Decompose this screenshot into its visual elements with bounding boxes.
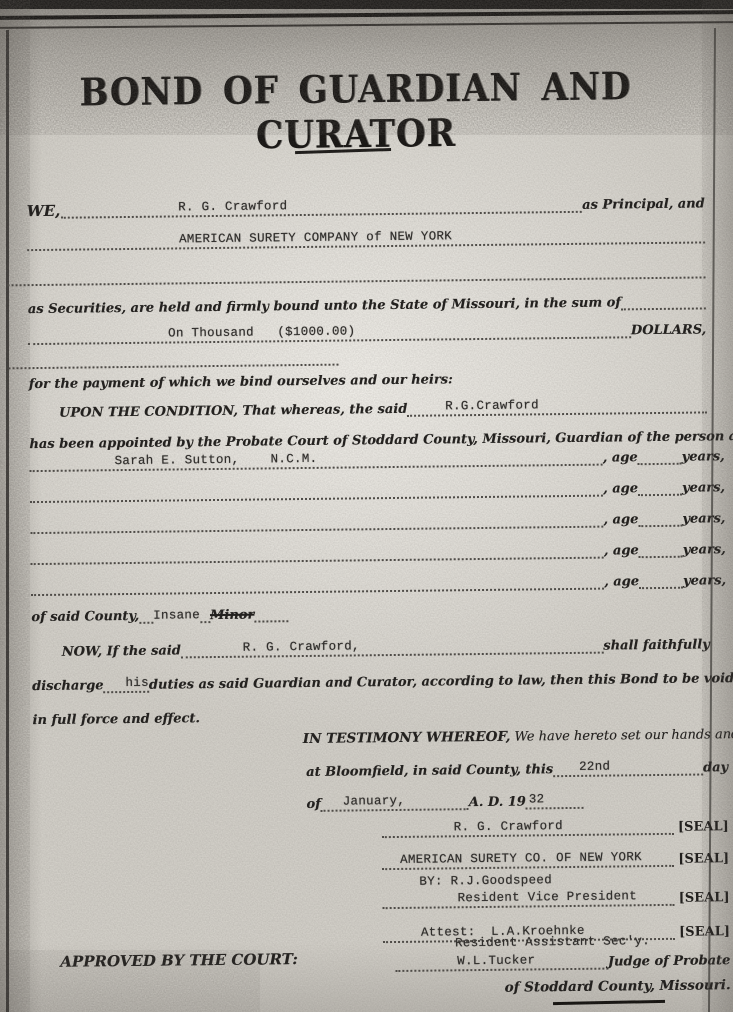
years-label: years,	[682, 480, 725, 495]
ward-row: , age years,	[30, 506, 725, 534]
seal-label: [SEAL]	[678, 851, 729, 867]
principal-name-entry: R. G. Crawford	[178, 199, 287, 215]
ward-row: , age years,	[30, 475, 725, 503]
ward-name-dots	[30, 495, 603, 504]
shall-faithfully-label: shall faithfully	[603, 637, 710, 653]
securities-clause-text: as Securities, are held and firmly bound…	[28, 295, 621, 317]
principal-dotted-line: R. G. Crawford	[60, 196, 582, 219]
force-line: in full force and effect.	[32, 704, 432, 729]
month-entry: January,	[343, 794, 406, 810]
county-dots-2	[200, 621, 210, 623]
now-name-entry: R. G. Crawford,	[243, 639, 360, 655]
approved-line: APPROVED BY THE COURT:	[60, 946, 360, 969]
insane-entry: Insane	[153, 608, 200, 624]
years-label: years,	[682, 449, 725, 464]
seal-label: [SEAL]	[678, 819, 729, 835]
judge-dots: W.L.Tucker	[395, 953, 608, 972]
ward-name-dots: Sarah E. Sutton, N.C.M.	[29, 449, 602, 473]
place-label: at Bloomfield, in said County, this	[306, 762, 553, 780]
age-dots	[638, 463, 682, 465]
discharge-line: discharge his duties as said Guardian an…	[32, 666, 727, 694]
ward-row: , age years,	[31, 568, 726, 596]
county-line: of said County, Insane Minor	[31, 602, 311, 625]
payment-clause-line: for the payment of which we bind ourselv…	[29, 364, 707, 392]
empty-securities-line	[7, 258, 705, 286]
approved-text: APPROVED BY THE COURT:	[60, 952, 298, 970]
testimony-line: IN TESTIMONY WHEREOF, We have hereto set…	[303, 722, 728, 747]
vp-signature-line: Resident Vice President [SEAL]	[382, 885, 729, 909]
age-dots	[638, 494, 682, 496]
amount-dotted-line: On Thousand ($1000.00)	[28, 321, 631, 345]
empty-dotted-line	[8, 276, 706, 286]
principal-signature-line: R. G. Crawford [SEAL]	[382, 814, 729, 838]
county-label: of said County,	[31, 609, 139, 625]
surety-signature-line: AMERICAN SURETY CO. OF NEW YORK [SEAL]	[382, 846, 729, 870]
age-label: , age	[604, 574, 639, 589]
vp-signature-dots: Resident Vice President	[382, 889, 674, 909]
his-entry: his	[125, 676, 149, 691]
ward-name-dots	[31, 588, 604, 597]
judge-of-probate-label: Judge of Probate	[608, 953, 731, 969]
surety-dotted-line: AMERICAN SURETY COMPANY of NEW YORK	[27, 226, 705, 251]
amount-entry: On Thousand ($1000.00)	[168, 324, 355, 341]
testimony-label: IN TESTIMONY WHEREOF,	[303, 730, 511, 747]
year-dots: 32	[526, 792, 584, 810]
page-title: BOND OF GUARDIAN AND CURATOR	[0, 64, 716, 162]
surety-name-entry: AMERICAN SURETY COMPANY of NEW YORK	[179, 229, 452, 247]
ward-name-dots	[30, 526, 603, 535]
age-label: , age	[604, 543, 639, 558]
sum-dotted-line	[621, 307, 706, 310]
as-principal-label: as Principal, and	[582, 196, 705, 212]
amount-continuation-line	[8, 346, 338, 370]
county-dots-1	[139, 622, 153, 624]
discharge-dots: his	[103, 676, 149, 694]
county-dots-3	[254, 620, 288, 622]
judge-entry: W.L.Tucker	[457, 953, 535, 969]
principal-signature-dots: R. G. Crawford	[382, 818, 674, 838]
of-label: of	[306, 797, 320, 812]
day-label: day	[703, 760, 728, 775]
ward-name-entry: Sarah E. Sutton, N.C.M.	[114, 452, 317, 469]
surety-line: AMERICAN SURETY COMPANY of NEW YORK	[27, 223, 705, 251]
judge-line: W.L.Tucker Judge of Probate	[395, 948, 730, 972]
principal-signature-entry: R. G. Crawford	[454, 819, 563, 835]
year-entry: 32	[529, 792, 545, 807]
stoddard-county-label: of Stoddard County, Missouri.	[504, 978, 730, 996]
age-label: , age	[603, 481, 638, 496]
condition-label: UPON THE CONDITION, That whereas, the sa…	[59, 402, 407, 421]
month-dots: January,	[321, 793, 469, 812]
judge-sub-line: of Stoddard County, Missouri.	[405, 973, 730, 997]
now-line: NOW, If the said R. G. Crawford, shall f…	[62, 632, 710, 659]
years-label: years,	[682, 511, 725, 526]
day-entry: 22nd	[579, 760, 610, 775]
years-label: years,	[683, 542, 726, 557]
age-label: , age	[603, 450, 638, 465]
form-content: BOND OF GUARDIAN AND CURATOR WE, R. G. C…	[0, 0, 733, 1012]
ad-label: A. D. 19	[469, 795, 526, 811]
struck-minor-word: Minor	[210, 608, 254, 624]
amount-line: On Thousand ($1000.00) DOLLARS,	[28, 317, 706, 345]
age-dots	[638, 525, 682, 527]
date-line: of January, A. D. 19 32	[306, 789, 606, 812]
vp-title-entry: Resident Vice President	[457, 889, 637, 906]
we-label: WE,	[27, 204, 61, 219]
seal-label: [SEAL]	[679, 890, 730, 906]
condition-name-entry: R.G.Crawford	[445, 398, 539, 414]
principal-line: WE, R. G. Crawford as Principal, and	[27, 191, 705, 219]
ward-name-dots	[31, 557, 604, 566]
surety-signature-entry: AMERICAN SURETY CO. OF NEW YORK	[400, 850, 642, 868]
dollars-label: DOLLARS,	[631, 322, 706, 338]
condition-dotted-line: R.G.Crawford	[407, 396, 707, 416]
force-text: in full force and effect.	[32, 711, 200, 728]
now-dotted-line: R. G. Crawford,	[181, 637, 604, 659]
discharge-label: discharge	[32, 678, 104, 694]
ward-row: , age years,	[31, 537, 726, 565]
payment-clause-text: for the payment of which we bind ourselv…	[29, 372, 453, 392]
surety-signature-dots: AMERICAN SURETY CO. OF NEW YORK	[382, 850, 674, 870]
place-line: at Bloomfield, in said County, this 22nd…	[306, 755, 728, 780]
now-label: NOW, If the said	[62, 643, 181, 659]
condition-line: UPON THE CONDITION, That whereas, the sa…	[59, 393, 707, 420]
securities-clause-line: as Securities, are held and firmly bound…	[28, 289, 706, 317]
day-dotted-line: 22nd	[553, 758, 703, 777]
testimony-rest: We have hereto set our hands and affixed…	[510, 726, 733, 745]
age-dots	[639, 556, 683, 558]
age-dots	[639, 587, 683, 589]
discharge-rest-text: duties as said Guardian and Curator, acc…	[149, 669, 733, 692]
scanned-document-page: { "style": { "paper": "#d3d0c9", "ink": …	[0, 0, 733, 1012]
age-label: , age	[603, 512, 638, 527]
years-label: years,	[683, 573, 726, 588]
